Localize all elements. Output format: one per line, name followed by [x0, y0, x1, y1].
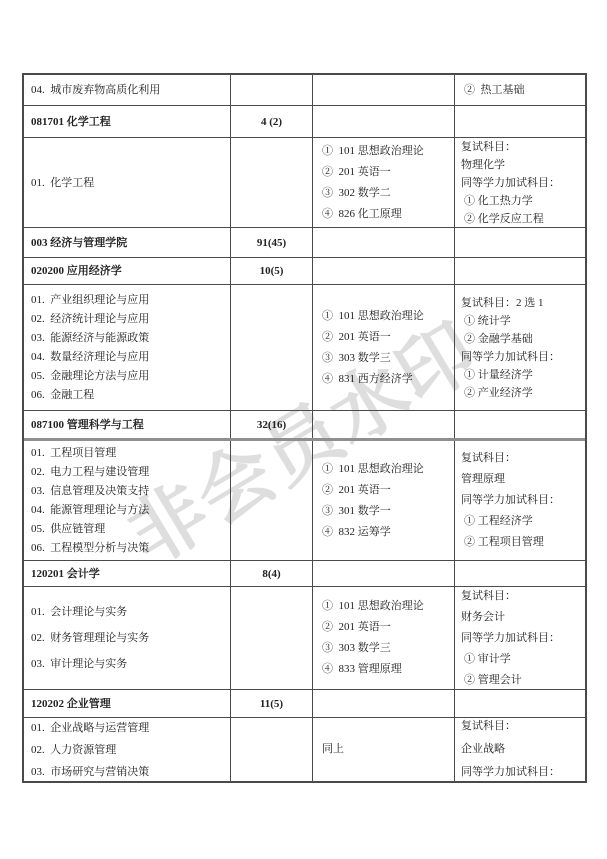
cell-quota: 10(5)	[230, 258, 312, 284]
section-row: 020200 应用经济学10(5)	[24, 257, 585, 284]
section-row: 120202 企业管理11(5)	[24, 689, 585, 717]
cell-retest-subjects	[454, 228, 585, 257]
cell-line: 03. 能源经济与能源政策	[31, 329, 230, 348]
cell-program-directions: 120201 会计学	[24, 561, 230, 586]
cell-line: 120201 会计学	[31, 564, 230, 584]
cell-line: ① 101 思想政治理论	[322, 141, 454, 162]
cell-line: 05. 金融理论方法与应用	[31, 367, 230, 386]
cell-program-directions: 01. 工程项目管理02. 电力工程与建设管理03. 信息管理及决策支持04. …	[24, 441, 230, 560]
cell-line: ① 工程经济学	[461, 511, 585, 532]
cell-exam-subjects	[312, 106, 454, 137]
cell-line: ② 产业经济学	[461, 384, 585, 402]
cell-line: 管理原理	[461, 469, 585, 490]
cell-line: 02. 人力资源管理	[31, 739, 230, 761]
cell-line: 同等学力加试科目：	[461, 490, 585, 511]
cell-quota: 32(16)	[230, 411, 312, 438]
cell-program-directions: 01. 化学工程	[24, 138, 230, 227]
cell-exam-subjects: ① 101 思想政治理论② 201 英语一③ 302 数学二④ 826 化工原理	[312, 138, 454, 227]
cell-line: 05. 供应链管理	[31, 520, 230, 539]
cell-line: ② 201 英语一	[322, 617, 454, 638]
cell-quota	[230, 138, 312, 227]
detail-row: 01. 会计理论与实务02. 财务管理理论与实务03. 审计理论与实务① 101…	[24, 586, 585, 689]
cell-line: ① 审计学	[461, 649, 585, 670]
cell-retest-subjects: 复试科目：财务会计同等学力加试科目：① 审计学② 管理会计	[454, 587, 585, 689]
cell-line: 03. 审计理论与实务	[31, 651, 230, 677]
cell-line: ① 101 思想政治理论	[322, 459, 454, 480]
cell-line: ③ 303 数学三	[322, 638, 454, 659]
cell-line: 04. 数量经济理论与应用	[31, 348, 230, 367]
cell-exam-subjects	[312, 690, 454, 717]
detail-row: 01. 工程项目管理02. 电力工程与建设管理03. 信息管理及决策支持04. …	[24, 438, 585, 560]
cell-line: ③ 302 数学二	[322, 183, 454, 204]
cell-line: 同等学力加试科目：	[461, 628, 585, 649]
cell-exam-subjects: ① 101 思想政治理论② 201 英语一③ 303 数学三④ 833 管理原理	[312, 587, 454, 689]
cell-program-directions: 01. 企业战略与运营管理02. 人力资源管理03. 市场研究与营销决策	[24, 718, 230, 781]
detail-row: 01. 产业组织理论与应用02. 经济统计理论与应用03. 能源经济与能源政策0…	[24, 284, 585, 410]
cell-line: ② 201 英语一	[322, 162, 454, 183]
cell-line: 复试科目：2 选 1	[461, 294, 585, 312]
cell-line: 10(5)	[260, 261, 284, 281]
cell-line: 04. 城市废弃物高质化利用	[31, 80, 230, 100]
cell-line: ① 统计学	[461, 312, 585, 330]
cell-line: 同等学力加试科目：	[461, 174, 585, 192]
cell-line: ④ 833 管理原理	[322, 659, 454, 680]
cell-retest-subjects	[454, 690, 585, 717]
cell-line: 03. 信息管理及决策支持	[31, 482, 230, 501]
cell-retest-subjects	[454, 561, 585, 586]
cell-line: ② 热工基础	[461, 80, 585, 100]
cell-line: ② 化学反应工程	[461, 210, 585, 228]
section-row: 081701 化学工程4 (2)	[24, 105, 585, 137]
cell-retest-subjects	[454, 106, 585, 137]
cell-program-directions: 081701 化学工程	[24, 106, 230, 137]
cell-line: 02. 经济统计理论与应用	[31, 310, 230, 329]
cell-line: 同等学力加试科目：	[461, 761, 585, 781]
cell-line: 11(5)	[260, 694, 283, 714]
cell-line: ② 工程项目管理	[461, 532, 585, 553]
cell-line: 91(45)	[257, 233, 286, 253]
cell-line: 32(16)	[257, 415, 286, 435]
cell-line: 01. 企业战略与运营管理	[31, 718, 230, 739]
cell-line: 财务会计	[461, 607, 585, 628]
cell-line: 120202 企业管理	[31, 694, 230, 714]
cell-line: 8(4)	[262, 564, 280, 584]
cell-line: 01. 会计理论与实务	[31, 599, 230, 625]
cell-program-directions: 01. 产业组织理论与应用02. 经济统计理论与应用03. 能源经济与能源政策0…	[24, 285, 230, 410]
cell-line: ② 201 英语一	[322, 327, 454, 348]
cell-quota: 11(5)	[230, 690, 312, 717]
cell-line: 4 (2)	[261, 112, 282, 132]
cell-line: ② 201 英语一	[322, 480, 454, 501]
cell-line: ③ 303 数学三	[322, 348, 454, 369]
cell-program-directions: 087100 管理科学与工程	[24, 411, 230, 438]
cell-exam-subjects	[312, 561, 454, 586]
cell-retest-subjects	[454, 258, 585, 284]
section-row: 087100 管理科学与工程32(16)	[24, 410, 585, 438]
section-row: 003 经济与管理学院91(45)	[24, 227, 585, 257]
cell-line: 复试科目：	[461, 448, 585, 469]
cell-line: 02. 财务管理理论与实务	[31, 625, 230, 651]
cell-line: ② 管理会计	[461, 670, 585, 690]
cell-quota	[230, 75, 312, 105]
cell-retest-subjects: 复试科目：企业战略同等学力加试科目：	[454, 718, 585, 781]
cell-quota	[230, 285, 312, 410]
cell-line: 01. 工程项目管理	[31, 444, 230, 463]
cell-line: ② 金融学基础	[461, 330, 585, 348]
cell-line: 复试科目：	[461, 718, 585, 738]
cell-line: 同上	[322, 739, 454, 760]
cell-line: 087100 管理科学与工程	[31, 415, 230, 435]
cell-line: ① 101 思想政治理论	[322, 596, 454, 617]
cell-line: 003 经济与管理学院	[31, 233, 230, 253]
cell-retest-subjects: 复试科目：2 选 1① 统计学② 金融学基础同等学力加试科目：① 计量经济学② …	[454, 285, 585, 410]
cell-line: 020200 应用经济学	[31, 261, 230, 281]
cell-quota: 4 (2)	[230, 106, 312, 137]
cell-line: ① 计量经济学	[461, 366, 585, 384]
cell-retest-subjects	[454, 411, 585, 438]
cell-quota	[230, 441, 312, 560]
cell-line: 02. 电力工程与建设管理	[31, 463, 230, 482]
cell-line: 06. 金融工程	[31, 386, 230, 405]
section-row: 120201 会计学8(4)	[24, 560, 585, 586]
cell-program-directions: 04. 城市废弃物高质化利用	[24, 75, 230, 105]
cell-program-directions: 120202 企业管理	[24, 690, 230, 717]
cell-exam-subjects: ① 101 思想政治理论② 201 英语一③ 303 数学三④ 831 西方经济…	[312, 285, 454, 410]
cell-line: 01. 化学工程	[31, 173, 230, 193]
cell-program-directions: 01. 会计理论与实务02. 财务管理理论与实务03. 审计理论与实务	[24, 587, 230, 689]
cell-line: 同等学力加试科目：	[461, 348, 585, 366]
cell-exam-subjects	[312, 258, 454, 284]
cell-line: 复试科目：	[461, 587, 585, 607]
detail-row: 01. 化学工程① 101 思想政治理论② 201 英语一③ 302 数学二④ …	[24, 137, 585, 227]
cell-line: ④ 826 化工原理	[322, 204, 454, 225]
cell-line: ④ 832 运筹学	[322, 522, 454, 543]
document-page: 非会员水印 04. 城市废弃物高质化利用② 热工基础081701 化学工程4 (…	[0, 0, 607, 859]
cell-exam-subjects: 同上	[312, 718, 454, 781]
cell-exam-subjects	[312, 75, 454, 105]
detail-row: 04. 城市废弃物高质化利用② 热工基础	[24, 75, 585, 105]
cell-line: 06. 工程模型分析与决策	[31, 539, 230, 558]
cell-program-directions: 020200 应用经济学	[24, 258, 230, 284]
cell-line: 01. 产业组织理论与应用	[31, 291, 230, 310]
cell-retest-subjects: 复试科目：物理化学同等学力加试科目：① 化工热力学② 化学反应工程	[454, 138, 585, 227]
cell-line: 04. 能源管理理论与方法	[31, 501, 230, 520]
cell-exam-subjects	[312, 411, 454, 438]
cell-line: 企业战略	[461, 738, 585, 761]
detail-row: 01. 企业战略与运营管理02. 人力资源管理03. 市场研究与营销决策同上复试…	[24, 717, 585, 781]
cell-line: ① 化工热力学	[461, 192, 585, 210]
cell-line: 物理化学	[461, 156, 585, 174]
cell-quota: 91(45)	[230, 228, 312, 257]
cell-line: ③ 301 数学一	[322, 501, 454, 522]
cell-retest-subjects: 复试科目：管理原理同等学力加试科目：① 工程经济学② 工程项目管理	[454, 441, 585, 560]
cell-program-directions: 003 经济与管理学院	[24, 228, 230, 257]
cell-line: ① 101 思想政治理论	[322, 306, 454, 327]
cell-line: 03. 市场研究与营销决策	[31, 761, 230, 782]
cell-line: 081701 化学工程	[31, 112, 230, 132]
cell-line: 复试科目：	[461, 138, 585, 156]
cell-quota	[230, 718, 312, 781]
cell-line: ④ 831 西方经济学	[322, 369, 454, 390]
admissions-table: 04. 城市废弃物高质化利用② 热工基础081701 化学工程4 (2)01. …	[22, 73, 587, 783]
cell-retest-subjects: ② 热工基础	[454, 75, 585, 105]
cell-quota	[230, 587, 312, 689]
cell-exam-subjects: ① 101 思想政治理论② 201 英语一③ 301 数学一④ 832 运筹学	[312, 441, 454, 560]
cell-exam-subjects	[312, 228, 454, 257]
cell-quota: 8(4)	[230, 561, 312, 586]
